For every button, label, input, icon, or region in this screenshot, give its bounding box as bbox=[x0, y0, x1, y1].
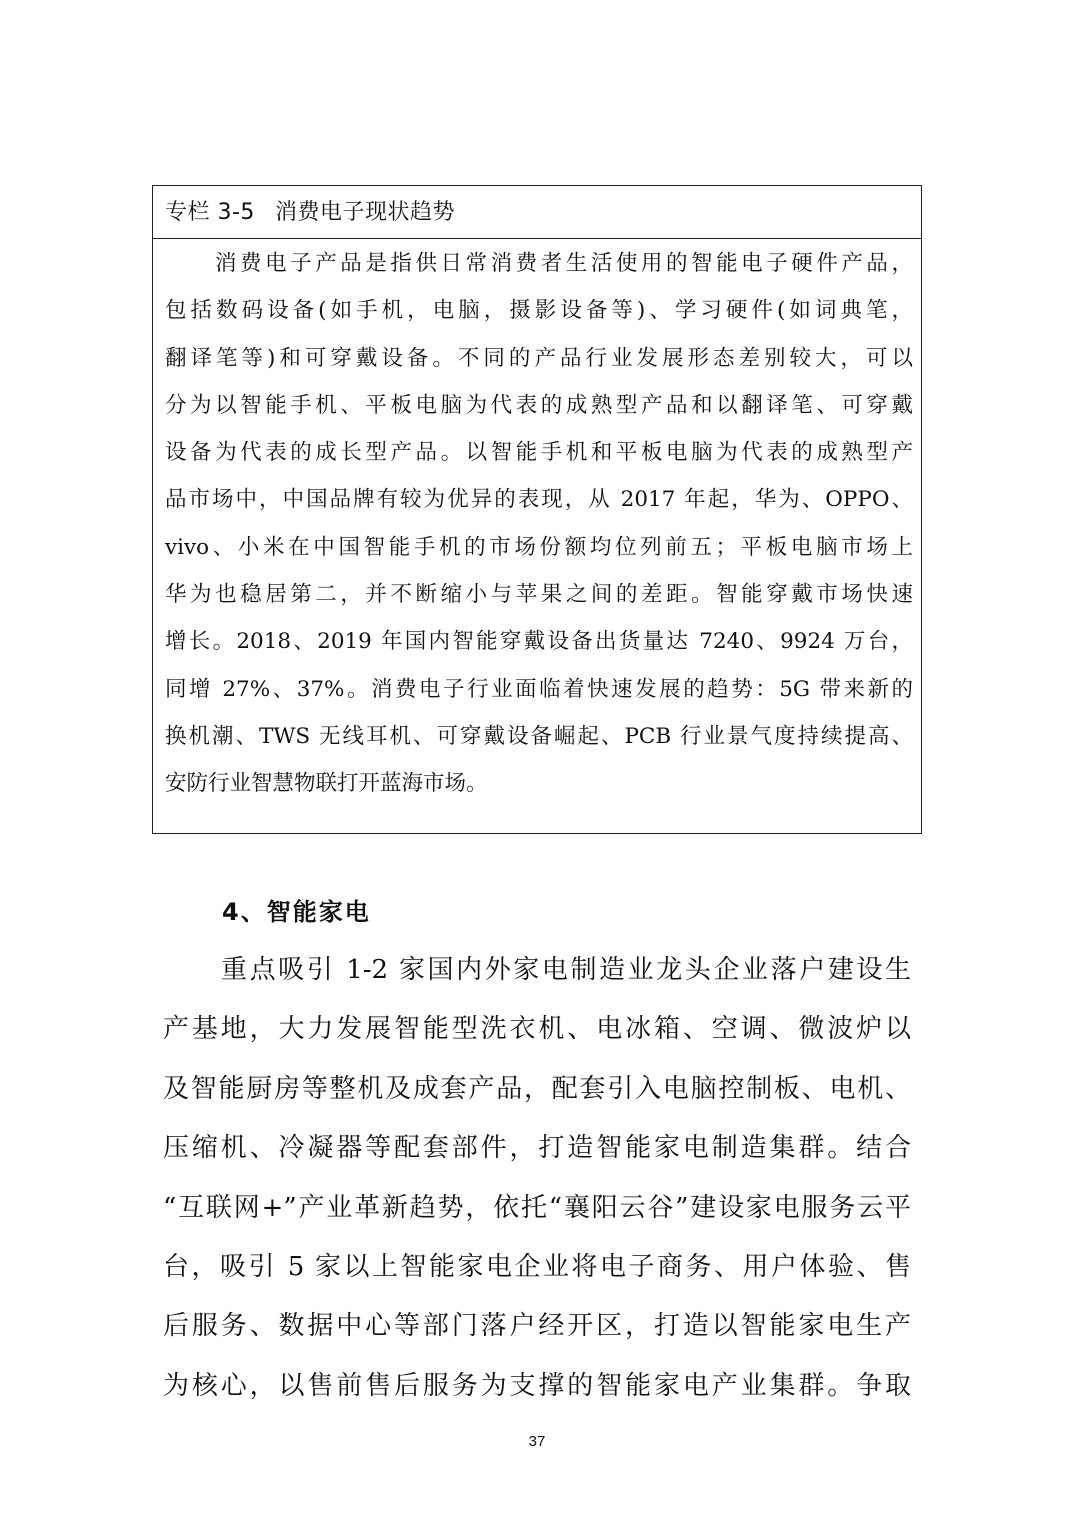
column-box-line: 包括数码设备(如手机，电脑，摄影设备等)、学习硬件(如词典笔， bbox=[165, 287, 913, 334]
column-box-line: 同增 27%、37%。消费电子行业面临着快速发展的趋势：5G 带来新的 bbox=[165, 666, 913, 713]
column-box-line: 品市场中，中国品牌有较为优异的表现，从 2017 年起，华为、OPPO、 bbox=[165, 476, 913, 523]
column-box-line: 消费电子产品是指供日常消费者生活使用的智能电子硬件产品， bbox=[165, 240, 913, 287]
sidebar-column-box: 专栏 3-5消费电子现状趋势 消费电子产品是指供日常消费者生活使用的智能电子硬件… bbox=[152, 185, 922, 834]
section-heading: 4、智能家电 bbox=[222, 890, 371, 934]
page-number: 37 bbox=[0, 1432, 1074, 1452]
paragraph-line: 台，吸引 5 家以上智能家电企业将电子商务、用户体验、售 bbox=[163, 1238, 911, 1297]
column-box-line: 翻译笔等)和可穿戴设备。不同的产品行业发展形态差别较大，可以 bbox=[165, 335, 913, 382]
paragraph-line: 压缩机、冷凝器等配套部件，打造智能家电制造集群。结合 bbox=[163, 1119, 911, 1178]
paragraph-line: “互联网+”产业革新趋势，依托“襄阳云谷”建设家电服务云平 bbox=[163, 1179, 911, 1238]
column-box-line: 换机潮、TWS 无线耳机、可穿戴设备崛起、PCB 行业景气度持续提高、 bbox=[165, 713, 913, 760]
section-paragraph: 重点吸引 1-2 家国内外家电制造业龙头企业落户建设生 产基地，大力发展智能型洗… bbox=[163, 941, 911, 1416]
column-box-line: vivo、小米在中国智能手机的市场份额均位列前五；平板电脑市场上 bbox=[165, 524, 913, 571]
paragraph-line: 产基地，大力发展智能型洗衣机、电冰箱、空调、微波炉以 bbox=[163, 1000, 911, 1059]
column-box-line: 设备为代表的成长型产品。以智能手机和平板电脑为代表的成熟型产 bbox=[165, 429, 913, 476]
paragraph-line: 为核心，以售前售后服务为支撑的智能家电产业集群。争取 bbox=[163, 1357, 911, 1416]
paragraph-line: 重点吸引 1-2 家国内外家电制造业龙头企业落户建设生 bbox=[163, 941, 911, 1000]
column-box-line: 华为也稳居第二，并不断缩小与苹果之间的差距。智能穿戴市场快速 bbox=[165, 571, 913, 618]
paragraph-line: 及智能厨房等整机及成套产品，配套引入电脑控制板、电机、 bbox=[163, 1060, 911, 1119]
column-box-title: 专栏 3-5消费电子现状趋势 bbox=[153, 186, 921, 239]
column-box-line: 分为以智能手机、平板电脑为代表的成熟型产品和以翻译笔、可穿戴 bbox=[165, 382, 913, 429]
column-box-line: 安防行业智慧物联打开蓝海市场。 bbox=[165, 760, 913, 807]
column-box-title-text: 消费电子现状趋势 bbox=[275, 200, 455, 225]
column-box-label: 专栏 3-5 bbox=[165, 200, 255, 225]
paragraph-line: 后服务、数据中心等部门落户经开区，打造以智能家电生产 bbox=[163, 1297, 911, 1356]
column-box-line: 增长。2018、2019 年国内智能穿戴设备出货量达 7240、9924 万台， bbox=[165, 618, 913, 665]
column-box-body: 消费电子产品是指供日常消费者生活使用的智能电子硬件产品， 包括数码设备(如手机，… bbox=[165, 240, 913, 808]
document-page: 专栏 3-5消费电子现状趋势 消费电子产品是指供日常消费者生活使用的智能电子硬件… bbox=[0, 0, 1074, 1520]
